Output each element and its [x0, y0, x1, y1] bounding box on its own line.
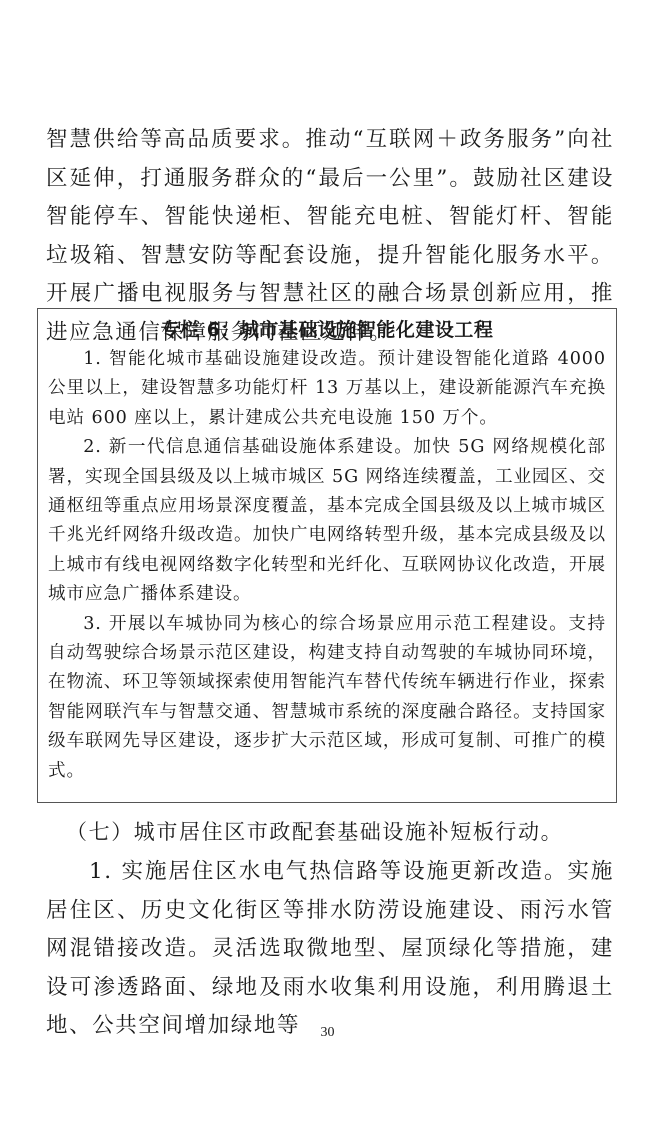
section-heading: （七）城市居住区市政配套基础设施补短板行动。 [66, 816, 563, 846]
section-paragraph-text: 1. 实施居住区水电气热信路等设施更新改造。实施居住区、历史文化街区等排水防涝设… [46, 853, 614, 1046]
column-box-body: 1. 智能化城市基础设施建设改造。预计建设智能化道路 4000 公里以上，建设智… [48, 345, 606, 786]
section-paragraph: 1. 实施居住区水电气热信路等设施更新改造。实施居住区、历史文化街区等排水防涝设… [46, 853, 614, 1046]
page-number: 30 [0, 1025, 655, 1041]
column-item-1: 1. 智能化城市基础设施建设改造。预计建设智能化道路 4000 公里以上，建设智… [48, 345, 606, 433]
column-item-2: 2. 新一代信息通信基础设施体系建设。加快 5G 网络规模化部署，实现全国县级及… [48, 433, 606, 609]
column-box-title: 专栏 6：城市基础设施智能化建设工程 [38, 315, 616, 342]
column-box: 专栏 6：城市基础设施智能化建设工程 1. 智能化城市基础设施建设改造。预计建设… [37, 308, 617, 803]
column-item-3: 3. 开展以车城协同为核心的综合场景应用示范工程建设。支持自动驾驶综合场景示范区… [48, 610, 606, 786]
document-page: 智慧供给等高品质要求。推动“互联网＋政务服务”向社区延伸，打通服务群众的“最后一… [0, 0, 655, 1123]
